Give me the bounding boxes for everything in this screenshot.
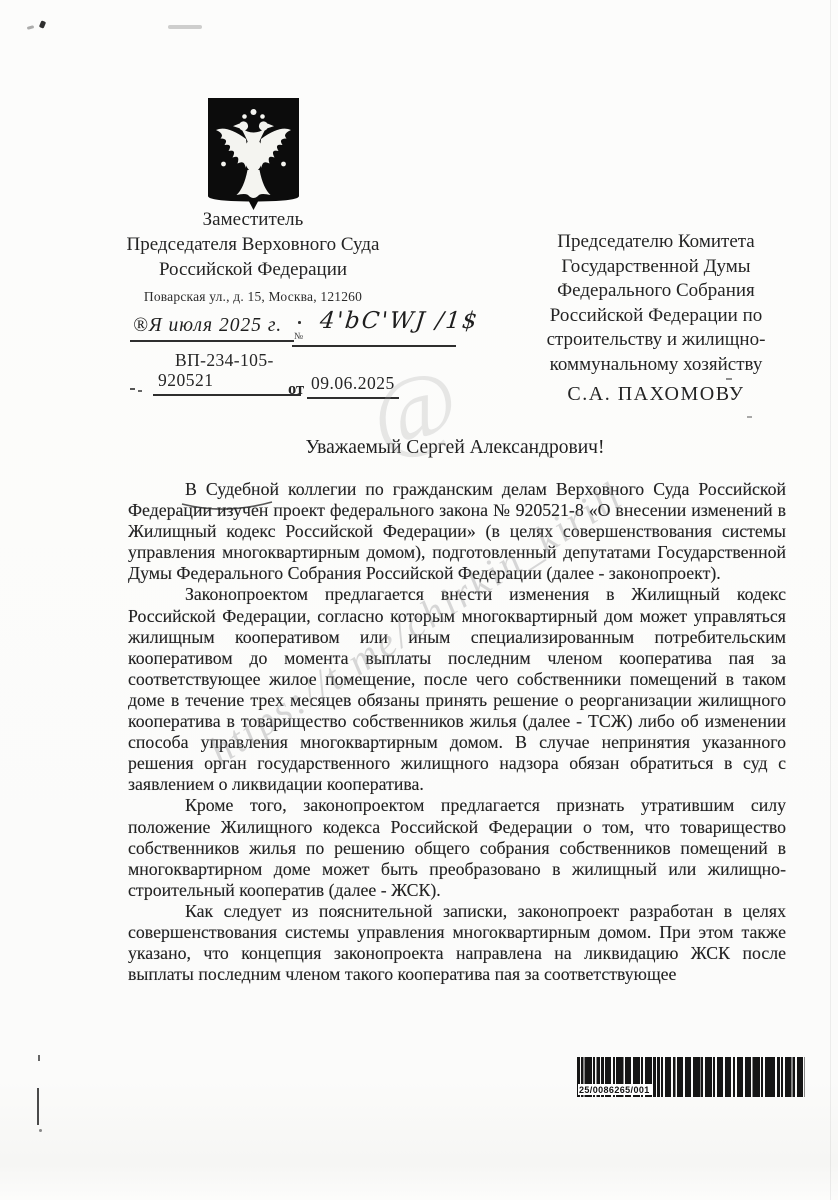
- recipient-line: строительству и жилищно-: [500, 328, 812, 353]
- body-paragraph: Как следует из пояснительной записки, за…: [128, 901, 786, 985]
- recipient-line: Председателю Комитета: [500, 230, 812, 255]
- body-paragraph: Законопроектом предлагается внести измен…: [128, 584, 786, 795]
- recipient-line: коммунальному хозяйству: [500, 353, 812, 378]
- recipient-line: Государственной Думы: [500, 255, 812, 280]
- reference-block: ®Я июля 2025 г. № 4'bC'WJ /1$ ВП-234-105…: [128, 312, 498, 407]
- recipient-line: Российской Федерации по: [500, 304, 812, 329]
- underline: [292, 345, 456, 347]
- sender-title-line: Заместитель: [90, 207, 416, 232]
- recipient-name: С.А. ПАХОМОВУ: [500, 382, 812, 407]
- ink-dash: [130, 388, 135, 390]
- russia-coat-of-arms-icon: [207, 97, 300, 213]
- margin-mark: [39, 1129, 42, 1132]
- registration-barcode: 25/0086265/001: [577, 1057, 805, 1097]
- document-page: Заместитель Председателя Верховного Суда…: [0, 0, 838, 1200]
- scan-speck: [27, 25, 35, 30]
- scan-speck: [747, 416, 752, 418]
- recipient-block: Председателю Комитета Государственной Ду…: [500, 230, 812, 407]
- sender-title: Заместитель Председателя Верховного Суда…: [90, 207, 416, 282]
- date-stamp: ®Я июля 2025 г.: [130, 315, 294, 342]
- scan-speck: [39, 20, 46, 28]
- margin-mark: [37, 1088, 39, 1125]
- number-sign: №: [294, 332, 303, 342]
- handwritten-outgoing-number: 4'bC'WJ /1$: [319, 308, 481, 334]
- case-number-line2: 920521: [153, 370, 301, 396]
- margin-mark: [38, 1055, 40, 1061]
- barcode-number: 25/0086265/001: [578, 1084, 653, 1095]
- from-label: от: [288, 379, 304, 399]
- letter-body: В Судебной коллегии по гражданским делам…: [128, 479, 786, 985]
- ink-dash: [138, 390, 142, 392]
- sender-title-line: Председателя Верховного Суда: [90, 232, 416, 257]
- body-paragraph: В Судебной коллегии по гражданским делам…: [128, 479, 786, 584]
- sender-title-line: Российской Федерации: [90, 257, 416, 282]
- salutation: Уважаемый Сергей Александрович!: [130, 437, 780, 459]
- sender-address: Поварская ул., д. 15, Москва, 121260: [90, 289, 416, 305]
- case-number-line1: ВП-234-105-: [175, 350, 274, 371]
- from-date: 09.06.2025: [307, 373, 399, 399]
- page-edge-shadow: [830, 0, 831, 1200]
- scan-smudge: [168, 25, 202, 29]
- body-paragraph: Кроме того, законопроектом предлагается …: [128, 795, 786, 900]
- recipient-line: Федерального Собрания: [500, 279, 812, 304]
- ink-dot: [298, 321, 301, 324]
